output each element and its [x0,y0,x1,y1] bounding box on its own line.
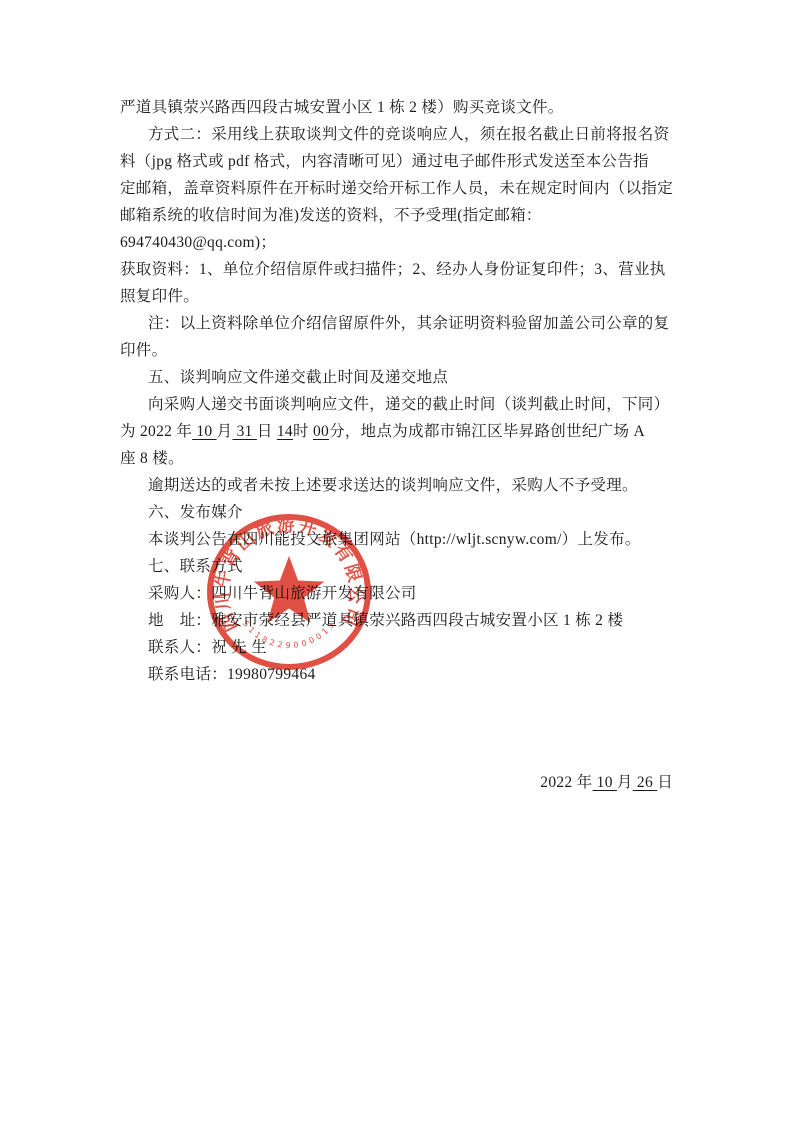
underlined-value: 10 [592,774,616,791]
text-line: 采购人：四川牛背山旅游开发有限公司 [120,580,673,607]
text-line: 五、谈判响应文件递交截止时间及递交地点 [120,364,673,391]
text-line: 获取资料：1、单位介绍信原件或扫描件；2、经办人身份证复印件；3、营业执 [120,256,673,283]
text-segment: 逾期送达的或者未按上述要求送达的谈判响应文件，采购人不予受理。 [148,477,638,494]
underlined-value: 00 [313,423,329,440]
blank-line [120,688,673,715]
text-line: 印件。 [120,337,673,364]
text-line: 地 址：雅安市荥经县严道具镇荥兴路西四段古城安置小区 1 栋 2 楼 [120,607,673,634]
text-segment: 联系电话：19980799464 [148,666,316,683]
text-line: 本谈判公告在四川能投文旅集团网站（http://wljt.scnyw.com/）… [120,526,673,553]
text-line: 2022 年 10 月 26 日 [120,769,673,796]
text-line: 向采购人递交书面谈判响应文件，递交的截止时间（谈判截止时间，下同） [120,391,673,418]
blank-line [120,742,673,769]
document-body: 严道具镇荥兴路西四段古城安置小区 1 栋 2 楼）购买竞谈文件。方式二：采用线上… [120,94,673,796]
document-page: 严道具镇荥兴路西四段古城安置小区 1 栋 2 楼）购买竞谈文件。方式二：采用线上… [0,0,793,1122]
text-line: 逾期送达的或者未按上述要求送达的谈判响应文件，采购人不予受理。 [120,472,673,499]
text-line: 七、联系方式 [120,553,673,580]
text-segment: 严道具镇荥兴路西四段古城安置小区 1 栋 2 楼）购买竞谈文件。 [120,99,564,116]
text-segment: 向采购人递交书面谈判响应文件，递交的截止时间（谈判截止时间，下同） [148,396,669,413]
text-segment: 日 [257,423,277,440]
text-segment: 五、谈判响应文件递交截止时间及递交地点 [148,369,448,386]
text-line: 座 8 楼。 [120,445,673,472]
text-segment: 注：以上资料除单位介绍信留原件外，其余证明资料验留加盖公司公章的复 [148,315,669,332]
text-segment: 时 [293,423,313,440]
text-segment: 为 2022 年 [120,423,192,440]
text-line: 照复印件。 [120,283,673,310]
underlined-value: 31 [232,423,256,440]
text-line: 为 2022 年 10 月 31 日 14时 00分，地点为成都市锦江区毕昇路创… [120,418,673,445]
text-segment: 料（jpg 格式或 pdf 格式，内容清晰可见）通过电子邮件形式发送至本公告指 [120,153,649,170]
text-line: 六、发布媒介 [120,499,673,526]
text-segment: 印件。 [120,342,167,359]
text-line: 联系人：祝 先 生 [120,634,673,661]
blank-line [120,715,673,742]
text-segment: 七、联系方式 [148,558,243,575]
underlined-value: 10 [192,423,216,440]
text-line: 方式二：采用线上获取谈判文件的竞谈响应人，须在报名截止日前将报名资 [120,121,673,148]
text-line: 邮箱系统的收信时间为准)发送的资料，不予受理(指定邮箱：694740430@qq… [120,202,673,256]
text-segment: 获取资料：1、单位介绍信原件或扫描件；2、经办人身份证复印件；3、营业执 [120,261,666,278]
text-segment: 2022 年 [540,774,592,791]
underlined-value: 26 [633,774,657,791]
text-segment: 地 址：雅安市荥经县严道具镇荥兴路西四段古城安置小区 1 栋 2 楼 [148,612,623,629]
text-segment: 照复印件。 [120,288,199,305]
text-segment: 分，地点为成都市锦江区毕昇路创世纪广场 A [329,423,645,440]
text-line: 定邮箱，盖章资料原件在开标时递交给开标工作人员，未在规定时间内（以指定 [120,175,673,202]
text-segment: 方式二：采用线上获取谈判文件的竞谈响应人，须在报名截止日前将报名资 [148,126,669,143]
text-line: 注：以上资料除单位介绍信留原件外，其余证明资料验留加盖公司公章的复 [120,310,673,337]
text-segment: 座 8 楼。 [120,450,184,467]
text-segment: 本谈判公告在四川能投文旅集团网站（http://wljt.scnyw.com/）… [148,531,641,548]
underlined-value: 14 [277,423,293,440]
text-segment: 日 [657,774,673,791]
text-segment: 采购人：四川牛背山旅游开发有限公司 [148,585,417,602]
text-line: 联系电话：19980799464 [120,661,673,688]
text-segment: 六、发布媒介 [148,504,243,521]
text-segment: 月 [617,774,633,791]
text-segment: 联系人：祝 先 生 [148,639,267,656]
text-line: 严道具镇荥兴路西四段古城安置小区 1 栋 2 楼）购买竞谈文件。 [120,94,673,121]
text-segment: 邮箱系统的收信时间为准)发送的资料，不予受理(指定邮箱：694740430@qq… [120,207,542,251]
text-segment: 月 [217,423,233,440]
text-segment: 定邮箱，盖章资料原件在开标时递交给开标工作人员，未在规定时间内（以指定 [120,180,673,197]
text-line: 料（jpg 格式或 pdf 格式，内容清晰可见）通过电子邮件形式发送至本公告指 [120,148,673,175]
